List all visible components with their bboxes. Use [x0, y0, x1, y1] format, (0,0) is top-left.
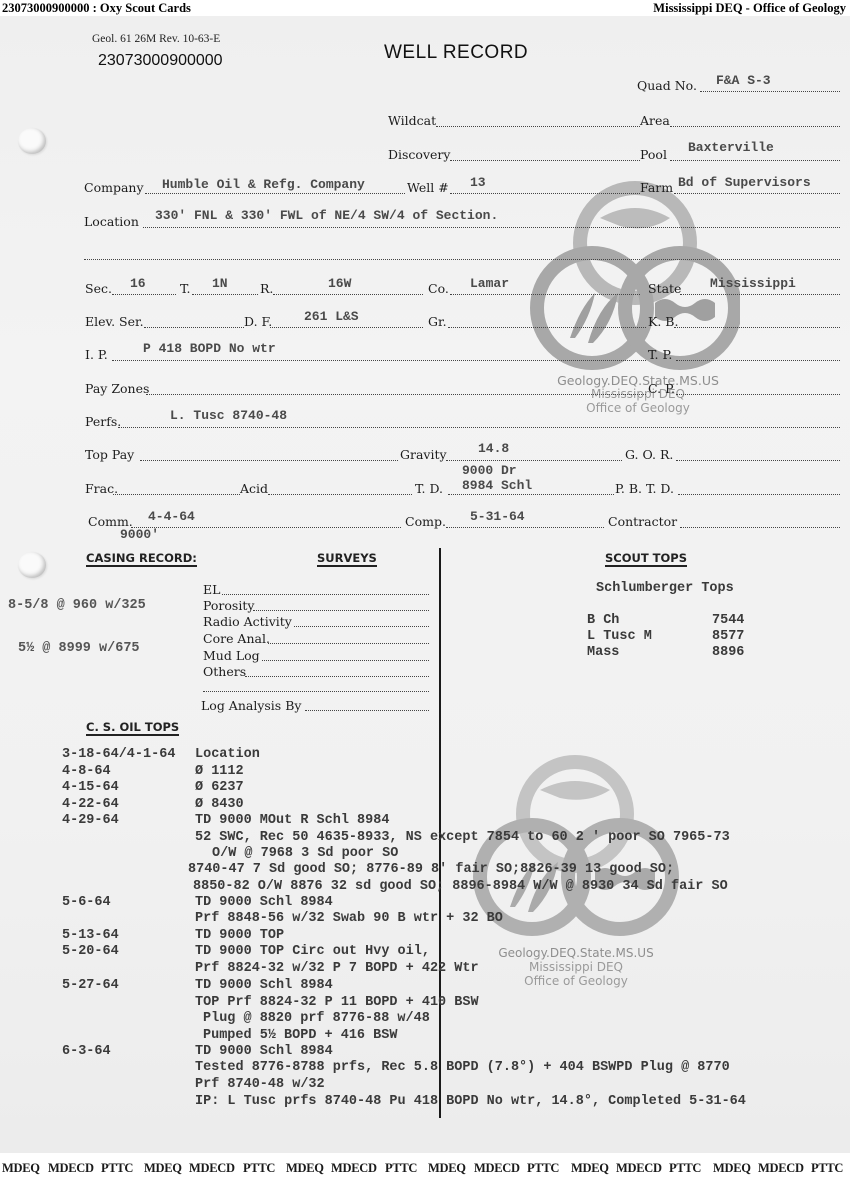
location-line-2: [84, 258, 840, 260]
log-entry: Prf 8848-56 w/32 Swab 90 B wtr + 32 BO: [195, 911, 503, 928]
survey-line: [222, 593, 429, 595]
pbtd-label: P. B. T. D.: [615, 481, 674, 496]
company-line: [145, 192, 405, 194]
top-pay-label: Top Pay: [85, 447, 134, 462]
pbtd-line: [678, 493, 840, 495]
scout-tops-subheading: Schlumberger Tops: [596, 581, 734, 598]
tp-label: T. P.: [648, 347, 672, 362]
log-date: 5-20-64: [62, 944, 119, 961]
survey-porosity: Porosity: [203, 598, 254, 613]
log-date: 5-27-64: [62, 978, 119, 995]
location-line: [143, 226, 840, 228]
farm-value: Bd of Supervisors: [678, 175, 811, 190]
quad-no-label: Quad No.: [637, 78, 697, 93]
log-entry: 8850-82 O/W 8876 32 sd good SO; 8896-898…: [193, 879, 728, 896]
t-value: 1N: [212, 276, 228, 291]
footer-item: MDECD: [331, 1161, 377, 1176]
cp-label: C. P.: [648, 381, 675, 396]
casing-record-heading: CASING RECORD:: [86, 551, 197, 567]
footer-item: MDEQ: [571, 1161, 609, 1176]
log-entry: Ø 1112: [195, 764, 244, 781]
discovery-line: [450, 159, 640, 161]
sec-line: [112, 293, 176, 295]
area-label: Area: [640, 113, 670, 128]
discovery-label: Discovery: [388, 147, 450, 162]
survey-line: [268, 642, 429, 644]
sec-value: 16: [130, 276, 146, 291]
log-entry: TOP Prf 8824-32 P 11 BOPD + 410 BSW: [195, 995, 479, 1012]
wildcat-label: Wildcat: [388, 113, 436, 128]
cs-oil-tops-heading: C. S. OIL TOPS: [86, 720, 179, 736]
df-line: [270, 326, 423, 328]
state-label: State: [648, 281, 681, 296]
log-date: 4-29-64: [62, 813, 119, 830]
survey-line-blank: [203, 690, 429, 692]
page-title: WELL RECORD: [384, 42, 528, 64]
quad-no-line: [700, 90, 840, 92]
location-label: Location: [84, 214, 139, 229]
comm-line: [131, 526, 401, 528]
contractor-line: [680, 526, 840, 528]
gor-line: [676, 459, 840, 461]
footer-item: MDEQ: [428, 1161, 466, 1176]
log-entry: TD 9000 MOut R Schl 8984: [195, 813, 389, 830]
footer-item: PTTC: [669, 1161, 701, 1176]
footer-item: MDEQ: [713, 1161, 751, 1176]
punch-hole: [18, 128, 46, 154]
scout-top-depth: 8577: [712, 629, 744, 646]
punch-hole: [18, 552, 46, 578]
log-date: 4-15-64: [62, 780, 119, 797]
df-value: 261 L&S: [304, 309, 359, 324]
header-agency: Mississippi DEQ - Office of Geology: [653, 1, 846, 16]
farm-line: [674, 192, 840, 194]
log-date: 5-6-64: [62, 895, 111, 912]
acid-line: [268, 493, 412, 495]
state-line: [680, 293, 840, 295]
quad-no-value: F&A S-3: [716, 73, 771, 88]
log-entry: TD 9000 TOP: [195, 928, 284, 945]
wildcat-line: [436, 125, 640, 127]
td-label: T. D.: [415, 481, 443, 496]
footer-item: MDECD: [758, 1161, 804, 1176]
td-value-drill: 9000 Dr: [462, 463, 517, 478]
page-header: 23073000900000 : Oxy Scout Cards Mississ…: [0, 0, 850, 16]
log-entry: Ø 8430: [195, 797, 244, 814]
comm-note: 9000': [120, 527, 159, 542]
ip-line: [112, 359, 646, 361]
survey-line: [245, 675, 429, 677]
footer-item: PTTC: [811, 1161, 843, 1176]
survey-line: [305, 709, 429, 711]
pay-zones-line: [146, 393, 646, 395]
survey-log-analysis-by: Log Analysis By: [201, 698, 301, 713]
ip-value: P 418 BOPD No wtr: [143, 341, 276, 356]
log-entry: Pumped 5½ BOPD + 416 BSW: [203, 1028, 397, 1045]
survey-mud-log: Mud Log: [203, 648, 260, 663]
scout-top-depth: 8896: [712, 645, 744, 662]
footer-item: MDEQ: [286, 1161, 324, 1176]
footer-item: MDECD: [48, 1161, 94, 1176]
log-date: 5-13-64: [62, 928, 119, 945]
gr-line: [448, 326, 646, 328]
perfs-label: Perfs.: [85, 414, 121, 429]
log-entry: TD 9000 Schl 8984: [195, 1044, 333, 1061]
log-date: 6-3-64: [62, 1044, 111, 1061]
log-entry: Location: [195, 747, 260, 764]
log-entry: 8740-47 7 Sd good SO; 8776-89 8' fair SO…: [188, 862, 674, 879]
state-value: Mississippi: [710, 276, 796, 291]
td-line: [448, 493, 614, 495]
footer-item: MDEQ: [144, 1161, 182, 1176]
co-line: [450, 293, 640, 295]
df-label: D. F.: [244, 314, 272, 329]
t-label: T.: [180, 281, 190, 296]
comp-line: [446, 526, 604, 528]
co-label: Co.: [428, 281, 449, 296]
api-number: 23073000900000: [98, 52, 223, 70]
pay-zones-label: Pay Zones: [85, 381, 149, 396]
sec-label: Sec.: [85, 281, 112, 296]
pool-label: Pool: [640, 147, 667, 162]
scout-top-name: Mass: [587, 645, 619, 662]
surveys-heading: SURVEYS: [317, 551, 377, 567]
perfs-line: [118, 426, 840, 428]
well-no-value: 13: [470, 175, 486, 190]
gravity-label: Gravity: [400, 447, 447, 462]
well-no-line: [450, 192, 640, 194]
elev-ser-label: Elev. Ser.: [85, 314, 144, 329]
casing-entry: 5½ @ 8999 w/675: [18, 641, 140, 656]
footer-item: MDECD: [616, 1161, 662, 1176]
area-line: [670, 125, 840, 127]
company-label: Company: [84, 180, 144, 195]
page-footer: MDEQ MDECD PTTC MDEQ MDECD PTTC MDEQ MDE…: [0, 1161, 850, 1181]
casing-entry: 8-5/8 @ 960 w/325: [8, 598, 146, 613]
r-value: 16W: [328, 276, 351, 291]
acid-label: Acid: [240, 481, 268, 496]
footer-item: MDECD: [189, 1161, 235, 1176]
survey-others: Others: [203, 664, 246, 679]
t-line: [192, 293, 258, 295]
log-date: 3-18-64/4-1-64: [62, 747, 175, 764]
log-entry: O/W @ 7968 3 Sd poor SO: [212, 846, 398, 863]
survey-radio-activity: Radio Activity: [203, 614, 292, 629]
survey-line: [262, 659, 429, 661]
gr-label: Gr.: [428, 314, 447, 329]
log-entry: 52 SWC, Rec 50 4635-8933, NS except 7854…: [195, 830, 730, 847]
scout-top-name: B Ch: [587, 613, 619, 630]
log-entry: Prf 8740-48 w/32: [195, 1077, 325, 1094]
survey-core-anal: Core Anal.: [203, 631, 270, 646]
company-value: Humble Oil & Refg. Company: [162, 177, 365, 192]
top-pay-line: [140, 459, 398, 461]
survey-el: EL: [203, 582, 220, 597]
log-date: 4-8-64: [62, 764, 111, 781]
comm-value: 4-4-64: [148, 509, 195, 524]
scout-top-name: L Tusc M: [587, 629, 652, 646]
frac-line: [113, 493, 240, 495]
comp-label: Comp.: [405, 514, 446, 529]
log-entry: Tested 8776-8788 prfs, Rec 5.8 BOPD (7.8…: [195, 1060, 730, 1077]
co-value: Lamar: [470, 276, 509, 291]
elev-ser-line: [144, 326, 244, 328]
log-date: 4-22-64: [62, 797, 119, 814]
td-value-schl: 8984 Schl: [462, 478, 532, 493]
survey-line: [294, 625, 429, 627]
gravity-line: [446, 459, 622, 461]
log-entry: TD 9000 Schl 8984: [195, 895, 333, 912]
r-label: R.: [260, 281, 273, 296]
form-code: Geol. 61 26M Rev. 10-63-E: [92, 33, 220, 45]
scout-tops-heading: SCOUT TOPS: [605, 551, 687, 567]
cp-line: [676, 393, 840, 395]
footer-item: PTTC: [101, 1161, 133, 1176]
perfs-value: L. Tusc 8740-48: [170, 408, 287, 423]
r-line: [273, 293, 423, 295]
comp-value: 5-31-64: [470, 509, 525, 524]
log-entry: Prf 8824-32 w/32 P 7 BOPD + 422 Wtr: [195, 961, 479, 978]
footer-item: MDEQ: [2, 1161, 40, 1176]
well-no-label: Well #: [407, 180, 449, 195]
location-value: 330' FNL & 330' FWL of NE/4 SW/4 of Sect…: [155, 208, 498, 223]
log-entry: Plug @ 8820 prf 8776-88 w/48: [203, 1011, 430, 1028]
farm-label: Farm: [640, 180, 673, 195]
ip-label: I. P.: [85, 347, 108, 362]
pool-line: [670, 159, 840, 161]
gravity-value: 14.8: [478, 441, 509, 456]
scout-top-depth: 7544: [712, 613, 744, 630]
footer-item: PTTC: [243, 1161, 275, 1176]
survey-line: [253, 609, 429, 611]
footer-item: MDECD: [474, 1161, 520, 1176]
footer-item: PTTC: [527, 1161, 559, 1176]
log-entry: TD 9000 TOP Circ out Hvy oil,: [195, 944, 430, 961]
footer-item: PTTC: [385, 1161, 417, 1176]
log-entry: Ø 6237: [195, 780, 244, 797]
gor-label: G. O. R.: [625, 447, 673, 462]
kb-line: [674, 326, 840, 328]
tp-line: [676, 359, 840, 361]
log-entry: TD 9000 Schl 8984: [195, 978, 333, 995]
pool-value: Baxterville: [688, 140, 774, 155]
header-record-title: 23073000900000 : Oxy Scout Cards: [2, 1, 191, 16]
contractor-label: Contractor: [608, 514, 677, 529]
log-entry: IP: L Tusc prfs 8740-48 Pu 418 BOPD No w…: [195, 1094, 746, 1111]
